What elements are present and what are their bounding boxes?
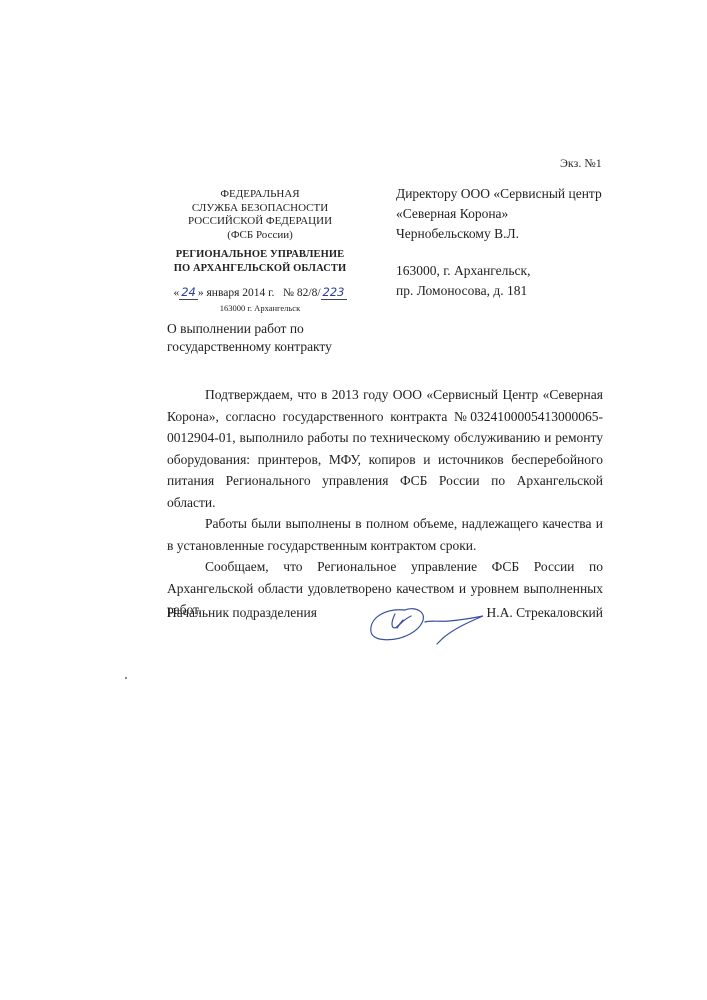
addressee-line: Директору ООО «Сервисный центр	[396, 184, 602, 204]
addressee-line: «Северная Корона»	[396, 204, 602, 224]
division-line: ПО АРХАНГЕЛЬСКОЙ ОБЛАСТИ	[160, 262, 360, 276]
org-line: (ФСБ России)	[160, 229, 360, 243]
signatory-title: Начальник подразделения	[167, 605, 317, 621]
org-line: СЛУЖБА БЕЗОПАСНОСТИ	[160, 202, 360, 216]
sender-letterhead: ФЕДЕРАЛЬНАЯ СЛУЖБА БЕЗОПАСНОСТИ РОССИЙСК…	[160, 188, 360, 313]
subject-line: О выполнении работ по	[167, 320, 332, 338]
copy-number: Экз. №1	[560, 156, 602, 171]
address-line: 163000, г. Архангельск,	[396, 261, 602, 281]
handwritten-number: 223	[321, 285, 347, 300]
org-line: ФЕДЕРАЛЬНАЯ	[160, 188, 360, 202]
letter-body: Подтверждаем, что в 2013 году ООО «Серви…	[167, 384, 603, 621]
handwritten-signature-icon	[365, 592, 490, 652]
handwritten-day: 24	[179, 285, 198, 300]
division-line: РЕГИОНАЛЬНОЕ УПРАВЛЕНИЕ	[160, 248, 360, 262]
address-line: пр. Ломоносова, д. 181	[396, 281, 602, 301]
subject: О выполнении работ по государственному к…	[167, 320, 332, 356]
scan-artifact-dot	[125, 677, 127, 679]
addressee-line: Чернобельскому В.Л.	[396, 224, 602, 244]
subject-line: государственному контракту	[167, 338, 332, 356]
paragraph: Работы были выполнены в полном объеме, н…	[167, 513, 603, 556]
date-rest: » января 2014 г.	[198, 287, 275, 299]
date-number-line: «24» января 2014 г. № 82/8/223	[160, 285, 360, 299]
addressee-block: Директору ООО «Сервисный центр «Северная…	[396, 184, 602, 301]
paragraph: Подтверждаем, что в 2013 году ООО «Серви…	[167, 384, 603, 513]
number-prefix: № 82/8/	[283, 287, 321, 299]
org-line: РОССИЙСКОЙ ФЕДЕРАЦИИ	[160, 215, 360, 229]
sender-city: 163000 г. Архангельск	[160, 303, 360, 313]
signatory-name: Н.А. Стрекаловский	[486, 605, 603, 621]
